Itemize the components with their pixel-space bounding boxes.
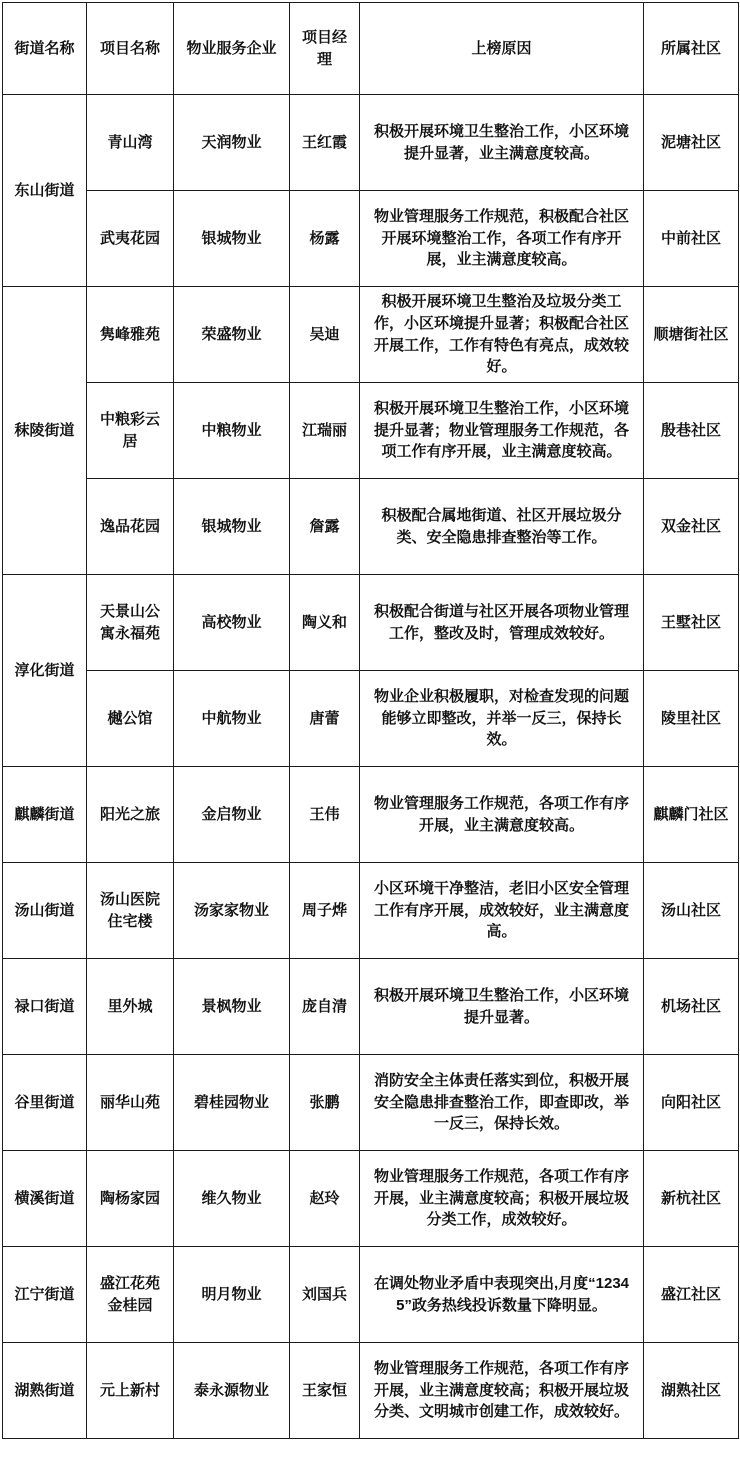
reason-cell: 物业企业积极履职，对检查发现的问题能够立即整改，并举一反三，保持长效。 [360, 671, 644, 767]
table-row: 中粮彩云居中粮物业江瑞丽积极开展环境卫生整治工作，小区环境提升显著；物业管理服务… [3, 383, 739, 479]
reason-cell: 积极配合属地街道、社区开展垃圾分类、安全隐患排查整治等工作。 [360, 479, 644, 575]
table-row: 湖熟街道元上新村泰永源物业王家恒物业管理服务工作规范，各项工作有序开展，业主满意… [3, 1343, 739, 1439]
community-cell: 中前社区 [644, 191, 739, 287]
project-cell: 元上新村 [87, 1343, 174, 1439]
project-cell: 丽华山苑 [87, 1055, 174, 1151]
reason-cell: 积极开展环境卫生整治及垃圾分类工作，小区环境提升显著；积极配合社区开展工作，工作… [360, 287, 644, 383]
company-cell: 中航物业 [174, 671, 290, 767]
table-row: 樾公馆中航物业唐蕾物业企业积极履职，对检查发现的问题能够立即整改，并举一反三，保… [3, 671, 739, 767]
reason-cell: 积极开展环境卫生整治工作，小区环境提升显著。 [360, 959, 644, 1055]
street-cell: 湖熟街道 [3, 1343, 87, 1439]
reason-cell: 在调处物业矛盾中表现突出,月度“12345”政务热线投诉数量下降明显。 [360, 1247, 644, 1343]
project-cell: 武夷花园 [87, 191, 174, 287]
project-cell: 逸品花园 [87, 479, 174, 575]
street-cell: 淳化街道 [3, 575, 87, 767]
community-cell: 盛江社区 [644, 1247, 739, 1343]
reason-cell: 消防安全主体责任落实到位，积极开展安全隐患排查整治工作，即查即改，举一反三，保持… [360, 1055, 644, 1151]
header-reason: 上榜原因 [360, 3, 644, 95]
company-cell: 银城物业 [174, 479, 290, 575]
community-cell: 殷巷社区 [644, 383, 739, 479]
manager-cell: 唐蕾 [290, 671, 360, 767]
project-cell: 中粮彩云居 [87, 383, 174, 479]
community-cell: 陵里社区 [644, 671, 739, 767]
header-company: 物业服务企业 [174, 3, 290, 95]
table-row: 逸品花园银城物业詹露积极配合属地街道、社区开展垃圾分类、安全隐患排查整治等工作。… [3, 479, 739, 575]
table-row: 禄口街道里外城景枫物业庞自清积极开展环境卫生整治工作，小区环境提升显著。机场社区 [3, 959, 739, 1055]
project-cell: 青山湾 [87, 95, 174, 191]
manager-cell: 庞自清 [290, 959, 360, 1055]
street-cell: 汤山街道 [3, 863, 87, 959]
project-cell: 里外城 [87, 959, 174, 1055]
table-row: 横溪街道陶杨家园维久物业赵玲物业管理服务工作规范，各项工作有序开展，业主满意度较… [3, 1151, 739, 1247]
table-body: 东山街道青山湾天润物业王红霞积极开展环境卫生整治工作，小区环境提升显著，业主满意… [3, 95, 739, 1439]
company-cell: 金启物业 [174, 767, 290, 863]
manager-cell: 刘国兵 [290, 1247, 360, 1343]
company-cell: 高校物业 [174, 575, 290, 671]
street-cell: 谷里街道 [3, 1055, 87, 1151]
community-cell: 王墅社区 [644, 575, 739, 671]
manager-cell: 王伟 [290, 767, 360, 863]
project-cell: 陶杨家园 [87, 1151, 174, 1247]
street-cell: 秣陵街道 [3, 287, 87, 575]
table-row: 淳化街道天景山公寓永福苑高校物业陶义和积极配合街道与社区开展各项物业管理工作，整… [3, 575, 739, 671]
community-cell: 湖熟社区 [644, 1343, 739, 1439]
project-cell: 盛江花苑金桂园 [87, 1247, 174, 1343]
community-cell: 向阳社区 [644, 1055, 739, 1151]
community-cell: 顺塘街社区 [644, 287, 739, 383]
header-street-name: 街道名称 [3, 3, 87, 95]
company-cell: 明月物业 [174, 1247, 290, 1343]
document-page: 街道名称 项目名称 物业服务企业 项目经理 上榜原因 所属社区 东山街道青山湾天… [0, 0, 740, 1461]
company-cell: 碧桂园物业 [174, 1055, 290, 1151]
header-community: 所属社区 [644, 3, 739, 95]
table-header: 街道名称 项目名称 物业服务企业 项目经理 上榜原因 所属社区 [3, 3, 739, 95]
reason-cell: 物业管理服务工作规范，各项工作有序开展，业主满意度较高；积极开展垃圾分类工作，成… [360, 1151, 644, 1247]
manager-cell: 周子烨 [290, 863, 360, 959]
table-row: 汤山街道汤山医院住宅楼汤家家物业周子烨小区环境干净整洁，老旧小区安全管理工作有序… [3, 863, 739, 959]
company-cell: 中粮物业 [174, 383, 290, 479]
header-row: 街道名称 项目名称 物业服务企业 项目经理 上榜原因 所属社区 [3, 3, 739, 95]
manager-cell: 王家恒 [290, 1343, 360, 1439]
community-cell: 机场社区 [644, 959, 739, 1055]
manager-cell: 赵玲 [290, 1151, 360, 1247]
header-project-name: 项目名称 [87, 3, 174, 95]
company-cell: 景枫物业 [174, 959, 290, 1055]
reason-cell: 积极开展环境卫生整治工作，小区环境提升显著，业主满意度较高。 [360, 95, 644, 191]
manager-cell: 张鹏 [290, 1055, 360, 1151]
community-cell: 汤山社区 [644, 863, 739, 959]
project-cell: 樾公馆 [87, 671, 174, 767]
manager-cell: 王红霞 [290, 95, 360, 191]
community-cell: 新杭社区 [644, 1151, 739, 1247]
table-row: 东山街道青山湾天润物业王红霞积极开展环境卫生整治工作，小区环境提升显著，业主满意… [3, 95, 739, 191]
company-cell: 荣盛物业 [174, 287, 290, 383]
company-cell: 泰永源物业 [174, 1343, 290, 1439]
project-cell: 阳光之旅 [87, 767, 174, 863]
table-row: 江宁街道盛江花苑金桂园明月物业刘国兵在调处物业矛盾中表现突出,月度“12345”… [3, 1247, 739, 1343]
manager-cell: 杨露 [290, 191, 360, 287]
header-manager: 项目经理 [290, 3, 360, 95]
street-cell: 江宁街道 [3, 1247, 87, 1343]
community-cell: 麒麟门社区 [644, 767, 739, 863]
manager-cell: 詹露 [290, 479, 360, 575]
reason-cell: 积极配合街道与社区开展各项物业管理工作，整改及时，管理成效较好。 [360, 575, 644, 671]
table-row: 武夷花园银城物业杨露物业管理服务工作规范，积极配合社区开展环境整治工作，各项工作… [3, 191, 739, 287]
table-row: 麒麟街道阳光之旅金启物业王伟物业管理服务工作规范，各项工作有序开展，业主满意度较… [3, 767, 739, 863]
reason-cell: 物业管理服务工作规范，各项工作有序开展，业主满意度较高。 [360, 767, 644, 863]
manager-cell: 陶义和 [290, 575, 360, 671]
company-cell: 维久物业 [174, 1151, 290, 1247]
community-cell: 双金社区 [644, 479, 739, 575]
company-cell: 汤家家物业 [174, 863, 290, 959]
project-cell: 天景山公寓永福苑 [87, 575, 174, 671]
company-cell: 天润物业 [174, 95, 290, 191]
street-cell: 禄口街道 [3, 959, 87, 1055]
project-cell: 隽峰雅苑 [87, 287, 174, 383]
table-row: 秣陵街道隽峰雅苑荣盛物业吴迪积极开展环境卫生整治及垃圾分类工作，小区环境提升显著… [3, 287, 739, 383]
table-row: 谷里街道丽华山苑碧桂园物业张鹏消防安全主体责任落实到位，积极开展安全隐患排查整治… [3, 1055, 739, 1151]
reason-cell: 小区环境干净整洁，老旧小区安全管理工作有序开展，成效较好，业主满意度高。 [360, 863, 644, 959]
manager-cell: 江瑞丽 [290, 383, 360, 479]
project-cell: 汤山医院住宅楼 [87, 863, 174, 959]
street-cell: 麒麟街道 [3, 767, 87, 863]
community-cell: 泥塘社区 [644, 95, 739, 191]
street-cell: 东山街道 [3, 95, 87, 287]
company-cell: 银城物业 [174, 191, 290, 287]
street-cell: 横溪街道 [3, 1151, 87, 1247]
reason-cell: 物业管理服务工作规范，各项工作有序开展，业主满意度较高；积极开展垃圾分类、文明城… [360, 1343, 644, 1439]
manager-cell: 吴迪 [290, 287, 360, 383]
reason-cell: 物业管理服务工作规范，积极配合社区开展环境整治工作，各项工作有序开展，业主满意度… [360, 191, 644, 287]
reason-cell: 积极开展环境卫生整治工作，小区环境提升显著；物业管理服务工作规范，各项工作有序开… [360, 383, 644, 479]
property-redlist-table: 街道名称 项目名称 物业服务企业 项目经理 上榜原因 所属社区 东山街道青山湾天… [2, 2, 739, 1439]
